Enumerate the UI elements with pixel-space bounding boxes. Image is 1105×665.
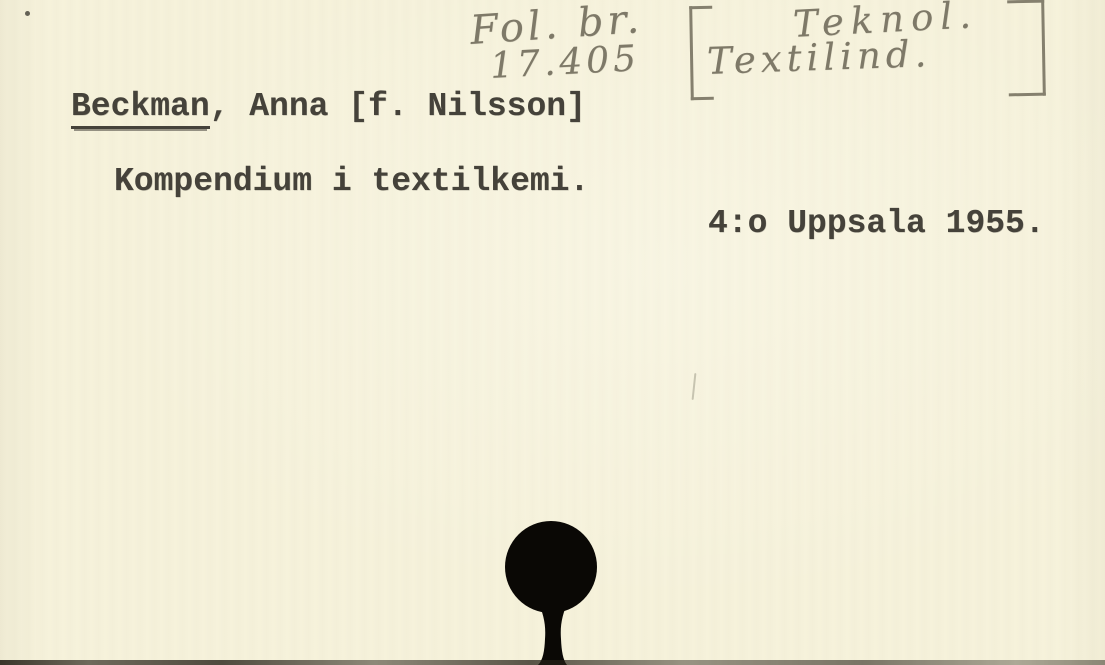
- subject-bracket-right-icon: [1007, 0, 1046, 96]
- catalog-card: Fol. br. 17.405 Teknol. Textilind. Beckm…: [0, 0, 1105, 665]
- stray-pencil-mark: [692, 373, 697, 400]
- imprint-line: 4:o Uppsala 1955.: [708, 205, 1045, 242]
- author-heading-rest: , Anna [f. Nilsson]: [210, 88, 586, 125]
- hole-punch-icon: [495, 515, 611, 665]
- author-surname: Beckman: [71, 88, 210, 129]
- card-bottom-edge-shadow: [0, 660, 1105, 665]
- subject-line-2: Textilind.: [706, 32, 932, 83]
- author-heading: Beckman, Anna [f. Nilsson]: [71, 88, 586, 125]
- paper-speck: [25, 11, 30, 16]
- shelfmark-line-2: 17.405: [489, 38, 641, 87]
- work-title: Kompendium i textilkemi.: [114, 163, 589, 200]
